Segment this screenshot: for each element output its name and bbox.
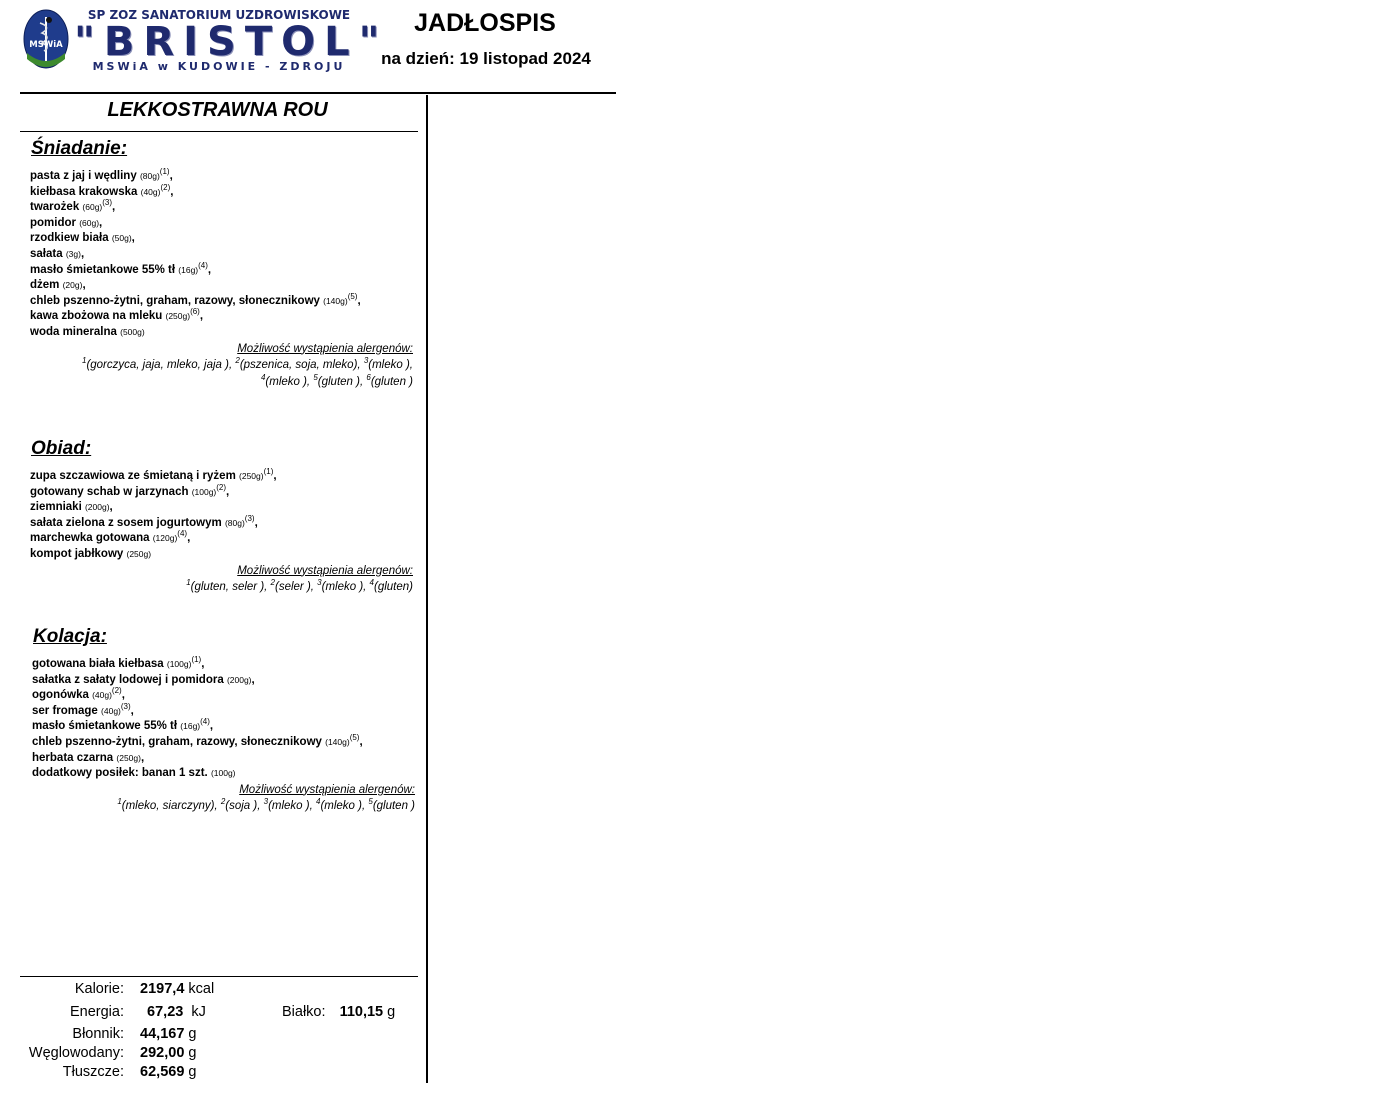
menu-item: herbata czarna (250g), [32, 751, 417, 767]
item-quantity: (140g) [323, 296, 348, 306]
item-quantity: (100g) [192, 487, 217, 497]
item-separator: , [252, 674, 255, 686]
item-separator: , [200, 310, 203, 322]
allergen-heading: Możliwość wystąpienia alergenów: [30, 342, 415, 357]
meal-title: Obiad: [31, 438, 415, 460]
item-separator: , [255, 517, 258, 529]
item-separator: , [131, 705, 134, 717]
fat-label: Tłuszcze: [20, 1063, 124, 1081]
item-separator: , [122, 689, 125, 701]
logo-brand-name: "BRISTOL" [74, 22, 364, 62]
item-name: sałata [30, 248, 63, 260]
logo-bottom-line: MSWiA w KUDOWIE - ZDROJU [74, 61, 364, 73]
item-separator: , [210, 720, 213, 732]
item-quantity: (500g) [120, 327, 145, 337]
allergen-text: (seler ), [275, 581, 317, 593]
allergen-list: 1(gorczyca, jaja, mleko, jaja ), 2(pszen… [30, 357, 415, 374]
fiber-value: 44,167 [140, 1026, 184, 1042]
item-separator: , [112, 201, 115, 213]
allergen-ref: (1) [191, 655, 201, 664]
item-name: kiełbasa krakowska [30, 186, 141, 198]
calories-label: Kalorie: [20, 980, 124, 998]
diet-title-divider [20, 131, 418, 132]
energy-unit: kJ [191, 1004, 206, 1020]
item-quantity: (80g) [140, 171, 160, 181]
menu-item: masło śmietankowe 55% tł (16g)(4), [30, 263, 415, 279]
allergen-ref: (2) [112, 686, 122, 695]
item-quantity: (250g) [127, 549, 152, 559]
allergen-text: (mleko ), [322, 581, 370, 593]
allergen-ref: (4) [177, 529, 187, 538]
meal-lunch: Obiad:zupa szczawiowa ze śmietaną i ryże… [30, 438, 415, 596]
energy-value: 67,23 [147, 1004, 183, 1020]
allergen-text: (mleko ), [265, 376, 313, 388]
item-separator: , [141, 752, 144, 764]
menu-item: sałata (3g), [30, 247, 415, 263]
document-title: JADŁOSPIS [372, 9, 598, 38]
item-quantity: (40g) [92, 690, 112, 700]
item-name: sałatka z sałaty lodowej i pomidora [32, 674, 224, 686]
item-separator: , [81, 248, 84, 260]
nutrition-fiber: Błonnik: 44,167 g [20, 1025, 197, 1043]
item-quantity: (100g) [167, 659, 192, 669]
allergen-ref: (1) [160, 167, 170, 176]
allergen-text: (mleko, siarczyny), [122, 800, 221, 812]
item-quantity: (50g) [112, 233, 132, 243]
item-quantity: (250g) [239, 471, 264, 481]
menu-item: ziemniaki (200g), [30, 500, 415, 516]
diet-title: LEKKOSTRAWNA ROU [20, 99, 415, 122]
allergen-ref: (4) [198, 261, 208, 270]
item-quantity: (3g) [66, 249, 81, 259]
item-name: chleb pszenno-żytni, graham, razowy, sło… [30, 295, 320, 307]
allergen-ref: (2) [216, 483, 226, 492]
protein-unit: g [387, 1004, 395, 1020]
mswia-logo-badge: MSWiA [23, 9, 69, 69]
meal-dinner: Kolacja:gotowana biała kiełbasa (100g)(1… [32, 626, 417, 815]
item-separator: , [359, 736, 362, 748]
allergen-ref: (3) [245, 514, 255, 523]
allergen-ref: (5) [348, 292, 358, 301]
menu-item: gotowana biała kiełbasa (100g)(1), [32, 657, 417, 673]
item-quantity: (40g) [101, 706, 121, 716]
header-divider [20, 92, 616, 94]
item-quantity: (60g) [82, 202, 102, 212]
sanatorium-logo: SP ZOZ SANATORIUM UZDROWISKOWE "BRISTOL"… [74, 8, 364, 73]
item-separator: , [208, 264, 211, 276]
allergen-text: (pszenica, soja, mleko), [240, 359, 364, 371]
meal-title: Śniadanie: [31, 138, 415, 160]
energy-label: Energia: [20, 1003, 124, 1021]
nutrition-energy: Energia: 67,23 kJ [20, 1003, 206, 1021]
item-quantity: (80g) [225, 518, 245, 528]
item-quantity: (100g) [211, 768, 236, 778]
allergen-ref: (6) [190, 307, 200, 316]
item-quantity: (200g) [85, 502, 110, 512]
menu-item: sałatka z sałaty lodowej i pomidora (200… [32, 673, 417, 689]
item-name: pomidor [30, 217, 76, 229]
item-quantity: (20g) [63, 280, 83, 290]
carbs-unit: g [188, 1045, 196, 1061]
item-separator: , [226, 486, 229, 498]
allergen-text: (soja ), [225, 800, 263, 812]
item-separator: , [357, 295, 360, 307]
item-name: ziemniaki [30, 501, 85, 513]
allergen-text: (mleko ), [320, 800, 368, 812]
menu-item: woda mineralna (500g) [30, 325, 415, 341]
allergen-ref: (5) [350, 733, 360, 742]
fat-value: 62,569 [140, 1064, 184, 1080]
fiber-label: Błonnik: [20, 1025, 124, 1043]
calories-value: 2197,4 [140, 981, 184, 997]
menu-item: kiełbasa krakowska (40g)(2), [30, 185, 415, 201]
item-name: chleb pszenno-żytni, graham, razowy, sło… [32, 736, 322, 748]
item-name: gotowany schab w jarzynach [30, 486, 188, 498]
item-name: rzodkiew biała [30, 232, 109, 244]
item-quantity: (250g) [116, 753, 141, 763]
item-name: marchewka gotowana [30, 532, 150, 544]
allergen-heading: Możliwość wystąpienia alergenów: [32, 783, 417, 798]
meal-title: Kolacja: [33, 626, 417, 648]
svg-text:MSWiA: MSWiA [29, 40, 63, 50]
item-name: ogonówka [32, 689, 89, 701]
menu-item: marchewka gotowana (120g)(4), [30, 531, 415, 547]
item-quantity: (60g) [79, 218, 99, 228]
item-separator: , [201, 658, 204, 670]
item-name: dodatkowy posiłek: banan 1 szt. [32, 767, 208, 779]
meal-breakfast: Śniadanie:pasta z jaj i wędliny (80g)(1)… [30, 138, 415, 391]
nutrition-fat: Tłuszcze: 62,569 g [20, 1063, 197, 1081]
protein-value: 110,15 [340, 1004, 384, 1020]
allergen-heading: Możliwość wystąpienia alergenów: [30, 564, 415, 579]
item-quantity: (16g) [178, 265, 198, 275]
item-separator: , [170, 186, 173, 198]
fat-unit: g [188, 1064, 196, 1080]
menu-item: ogonówka (40g)(2), [32, 688, 417, 704]
item-name: kawa zbożowa na mleku [30, 310, 165, 322]
allergen-text: (gluten ) [373, 800, 415, 812]
allergen-list: 1(mleko, siarczyny), 2(soja ), 3(mleko )… [32, 798, 417, 815]
item-quantity: (16g) [180, 721, 200, 731]
calories-unit: kcal [188, 981, 214, 997]
menu-item: kompot jabłkowy (250g) [30, 547, 415, 563]
allergen-text: (gluten ), [318, 376, 367, 388]
item-name: sałata zielona z sosem jogurtowym [30, 517, 222, 529]
allergen-ref: (1) [264, 467, 274, 476]
item-quantity: (40g) [141, 187, 161, 197]
item-separator: , [170, 170, 173, 182]
item-name: zupa szczawiowa ze śmietaną i ryżem [30, 470, 236, 482]
menu-item: ser fromage (40g)(3), [32, 704, 417, 720]
item-name: twarożek [30, 201, 79, 213]
allergen-ref: (4) [200, 717, 210, 726]
item-name: woda mineralna [30, 326, 117, 338]
item-name: pasta z jaj i wędliny [30, 170, 137, 182]
allergen-ref: (3) [121, 702, 131, 711]
nutrition-calories: Kalorie: 2197,4 kcal [20, 980, 214, 998]
item-quantity: (120g) [153, 533, 178, 543]
item-separator: , [132, 232, 135, 244]
allergen-text: (gorczyca, jaja, mleko, jaja ), [86, 359, 235, 371]
item-name: gotowana biała kiełbasa [32, 658, 164, 670]
allergen-text: (gluten, seler ), [191, 581, 271, 593]
allergen-text: (mleko ), [268, 800, 316, 812]
carbs-label: Węglowodany: [20, 1044, 124, 1062]
allergen-text: (gluten) [374, 581, 413, 593]
document-date: na dzień: 19 listopad 2024 [372, 49, 600, 69]
menu-item: twarożek (60g)(3), [30, 200, 415, 216]
menu-item: dodatkowy posiłek: banan 1 szt. (100g) [32, 766, 417, 782]
menu-item: pomidor (60g), [30, 216, 415, 232]
nutrition-carbs: Węglowodany: 292,00 g [20, 1044, 197, 1062]
item-name: herbata czarna [32, 752, 113, 764]
column-divider [426, 95, 428, 1083]
allergen-ref: (3) [102, 198, 112, 207]
protein-label: Białko: [282, 1004, 326, 1020]
item-name: masło śmietankowe 55% tł [30, 264, 175, 276]
item-name: masło śmietankowe 55% tł [32, 720, 177, 732]
item-name: kompot jabłkowy [30, 548, 123, 560]
item-quantity: (140g) [325, 737, 350, 747]
allergen-text: (mleko ), [368, 359, 413, 371]
item-name: dżem [30, 279, 63, 291]
item-name: ser fromage [32, 705, 101, 717]
item-separator: , [99, 217, 102, 229]
item-separator: , [82, 279, 85, 291]
item-quantity: (200g) [227, 675, 252, 685]
allergen-list: 4(mleko ), 5(gluten ), 6(gluten ) [30, 374, 415, 391]
item-quantity: (250g) [165, 311, 190, 321]
item-separator: , [187, 532, 190, 544]
nutrition-divider [20, 976, 418, 977]
carbs-value: 292,00 [140, 1045, 184, 1061]
nutrition-protein: Białko: 110,15 g [282, 1003, 395, 1021]
item-separator: , [273, 470, 276, 482]
menu-item: chleb pszenno-żytni, graham, razowy, sło… [32, 735, 417, 751]
menu-item: gotowany schab w jarzynach (100g)(2), [30, 485, 415, 501]
allergen-ref: (2) [160, 183, 170, 192]
fiber-unit: g [188, 1026, 196, 1042]
menu-item: kawa zbożowa na mleku (250g)(6), [30, 309, 415, 325]
allergen-text: (gluten ) [371, 376, 413, 388]
menu-item: rzodkiew biała (50g), [30, 231, 415, 247]
menu-item: pasta z jaj i wędliny (80g)(1), [30, 169, 415, 185]
item-separator: , [110, 501, 113, 513]
menu-item: chleb pszenno-żytni, graham, razowy, sło… [30, 294, 415, 310]
allergen-list: 1(gluten, seler ), 2(seler ), 3(mleko ),… [30, 579, 415, 596]
menu-item: sałata zielona z sosem jogurtowym (80g)(… [30, 516, 415, 532]
